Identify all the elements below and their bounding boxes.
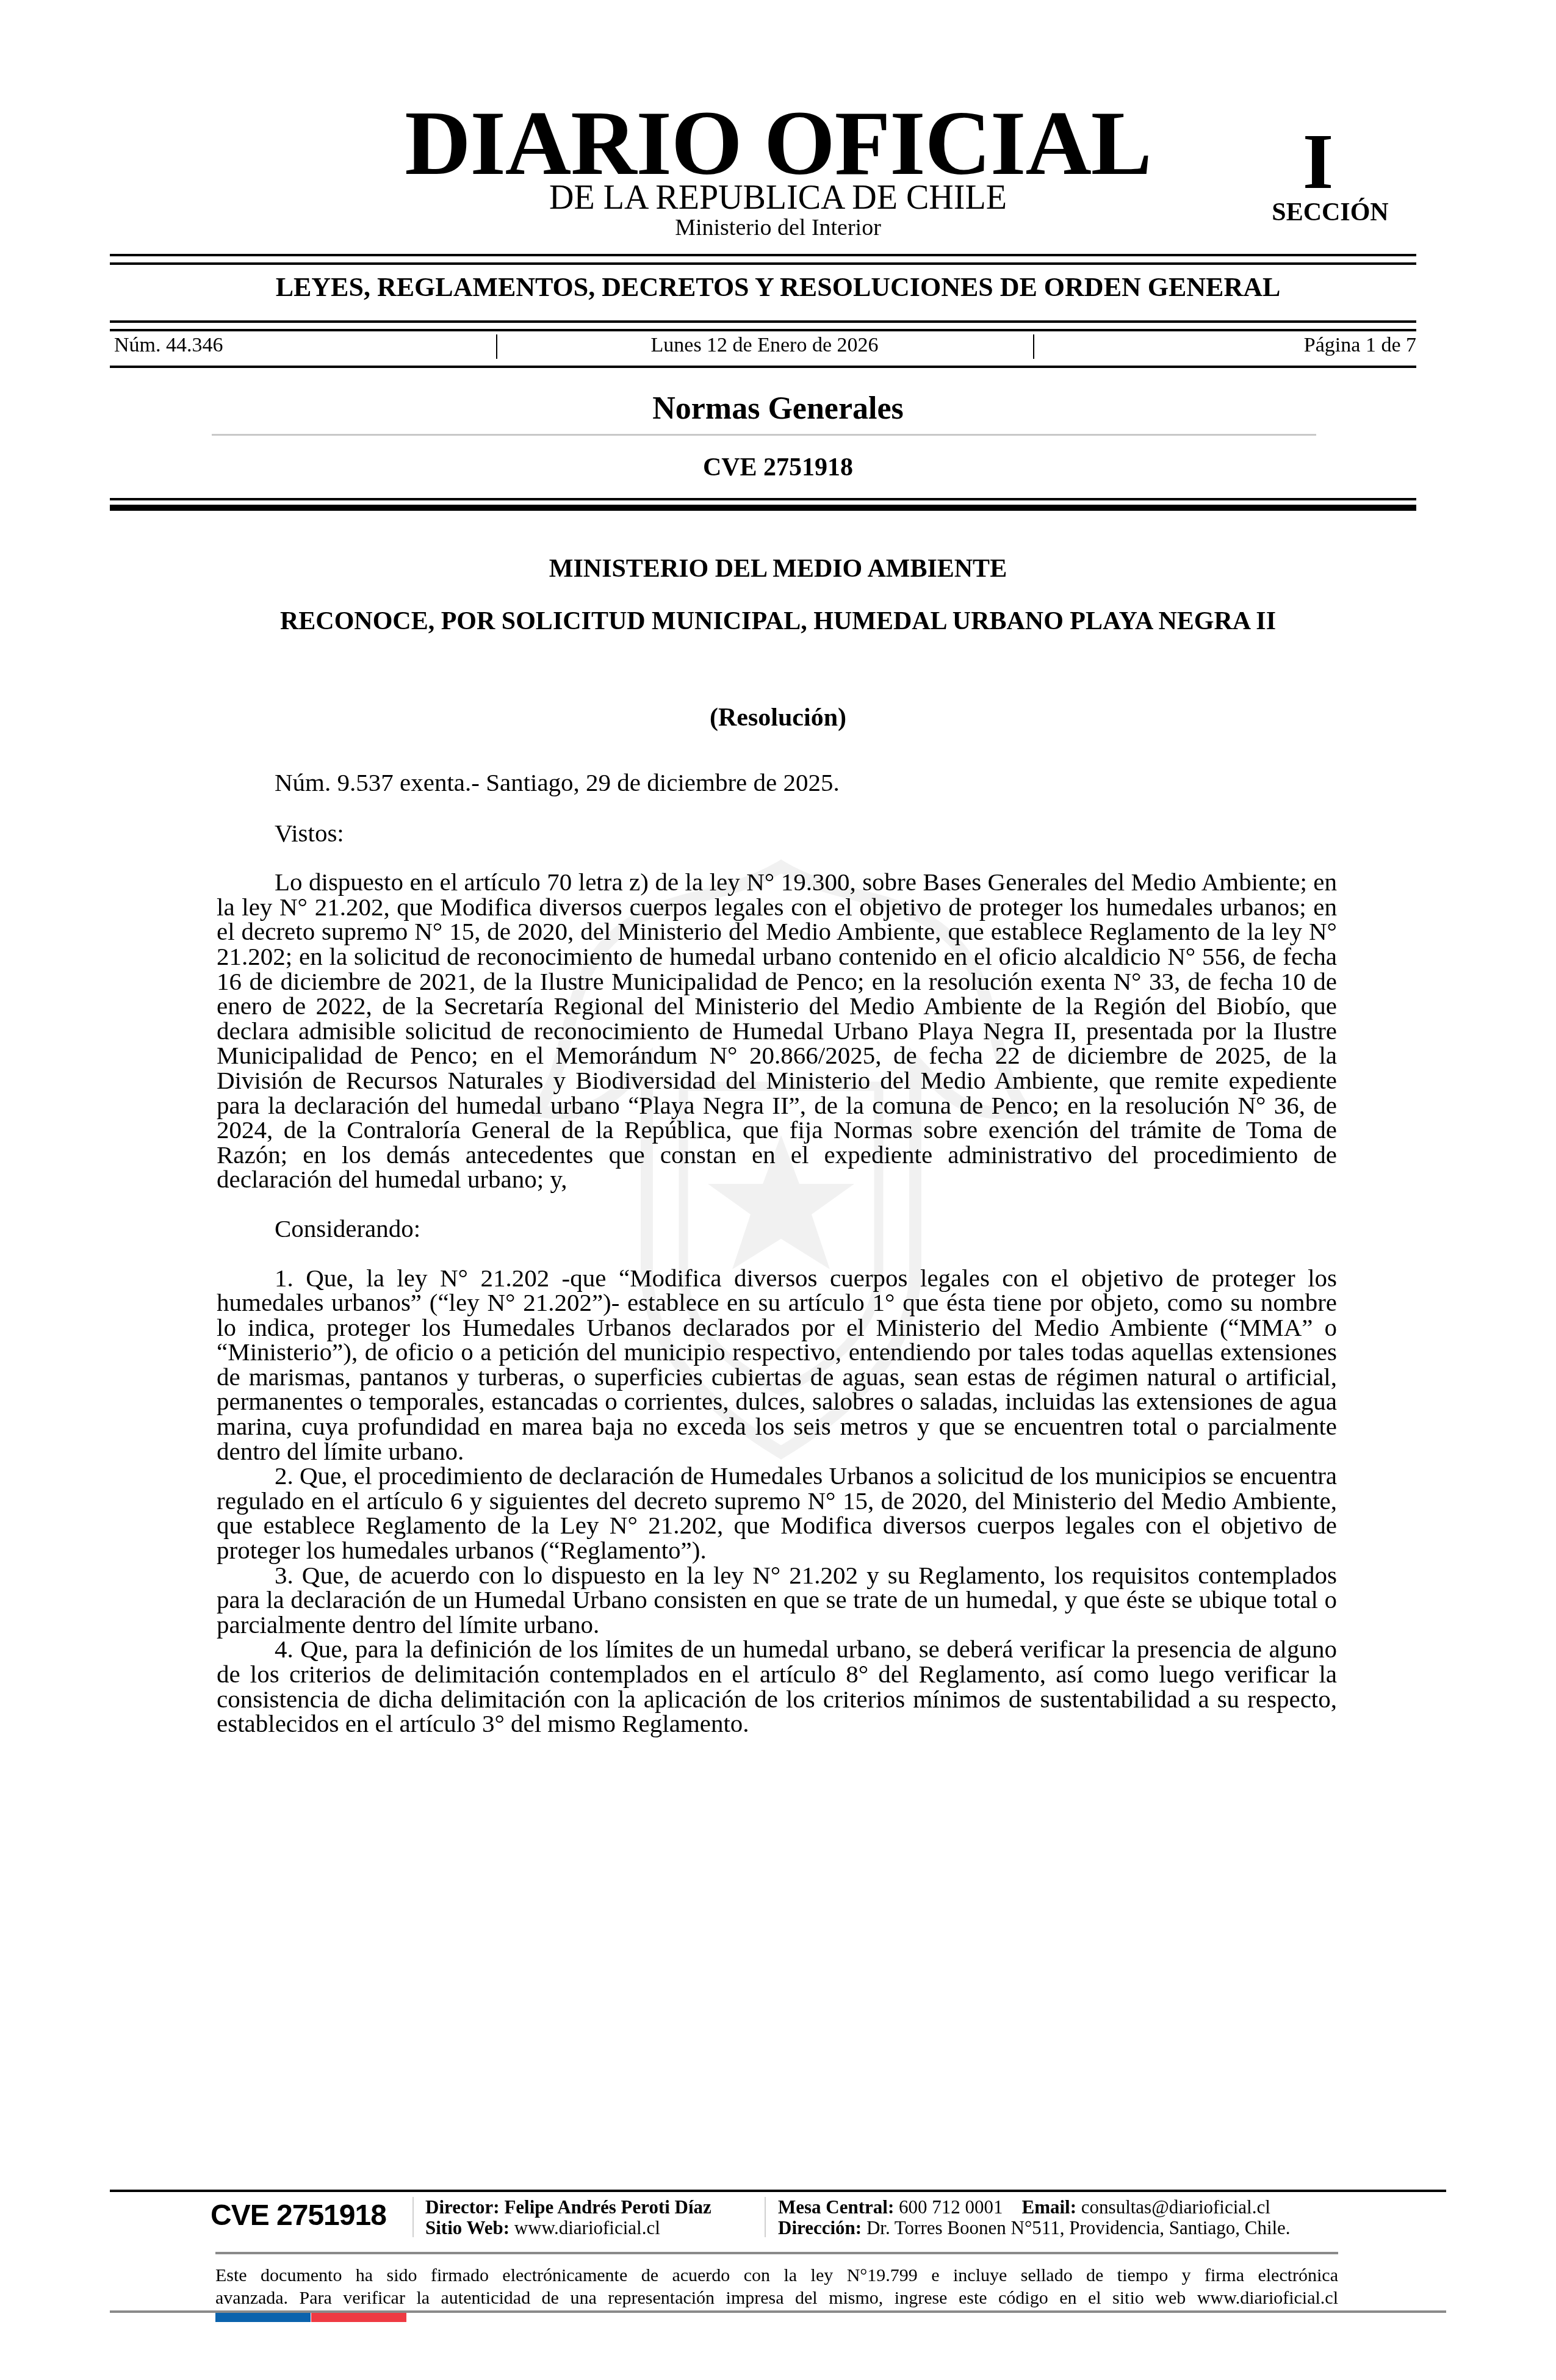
footer-divider [215,2252,1338,2254]
section-number: I [1257,122,1379,201]
section-title: Normas Generales [0,391,1556,427]
divider [212,434,1316,436]
resolution-title: RECONOCE, POR SOLICITUD MUNICIPAL, HUMED… [220,604,1336,638]
website-link[interactable]: www.diarioficial.cl [514,2217,660,2238]
page-indicator: Página 1 de 7 [1304,333,1416,358]
footer-contact-block: Mesa Central: 600 712 0001 Email: consul… [778,2197,1291,2238]
website-label: Sitio Web: [425,2217,510,2238]
divider [110,320,1416,323]
cve-code: CVE 2751918 [0,453,1556,482]
divider [110,329,1416,331]
email-link[interactable]: consultas@diarioficial.cl [1081,2196,1270,2218]
resolution-number-line: Núm. 9.537 exenta.- Santiago, 29 de dici… [217,770,1337,795]
note-line: Este documento ha sido firmado electróni… [215,2264,1338,2287]
issuing-ministry: MINISTERIO DEL MEDIO AMBIENTE [0,554,1556,583]
divider [110,262,1416,265]
flag-bar-red [311,2313,406,2322]
gazette-banner: LEYES, REGLAMENTOS, DECRETOS Y RESOLUCIO… [0,272,1556,303]
document-body: Núm. 9.537 exenta.- Santiago, 29 de dici… [217,770,1337,1736]
phone-label: Mesa Central: [778,2196,894,2218]
footer-divider [110,2190,1446,2192]
divider [110,505,1416,511]
divider [110,254,1416,256]
flag-bar-blue [215,2313,311,2322]
separator [1033,334,1034,359]
footer-director-block: Director: Felipe Andrés Peroti Díaz Siti… [425,2197,711,2238]
vistos-paragraph: Lo dispuesto en el artículo 70 letra z) … [217,870,1337,1192]
section-label: SECCIÓN [1257,199,1403,226]
note-line: avanzada. Para verificar la autenticidad… [215,2287,1338,2309]
considerando-item: 3. Que, de acuerdo con lo dispuesto en l… [217,1563,1337,1637]
separator [765,2197,766,2237]
considerando-heading: Considerando: [217,1216,1337,1241]
issue-date: Lunes 12 de Enero de 2026 [496,333,1033,358]
address-value: Dr. Torres Boonen N°511, Providencia, Sa… [866,2217,1291,2238]
considerando-item: 4. Que, para la definición de los límite… [217,1637,1337,1736]
issue-number: Núm. 44.346 [114,333,223,358]
footer-cve-code: CVE 2751918 [211,2199,386,2233]
director-label: Director: [425,2196,500,2218]
phone-number: 600 712 0001 [899,2196,1003,2218]
considerando-item: 1. Que, la ley N° 21.202 -que “Modifica … [217,1266,1337,1464]
vistos-heading: Vistos: [217,821,1337,846]
address-label: Dirección: [778,2217,862,2238]
resolution-type: (Resolución) [0,703,1556,732]
electronic-signature-note: Este documento ha sido firmado electróni… [215,2264,1338,2309]
director-name: Felipe Andrés Peroti Díaz [504,2196,711,2218]
considerando-item: 2. Que, el procedimiento de declaración … [217,1463,1337,1562]
divider [110,498,1416,500]
divider [110,366,1416,368]
separator [412,2197,414,2237]
email-label: Email: [1022,2196,1077,2218]
